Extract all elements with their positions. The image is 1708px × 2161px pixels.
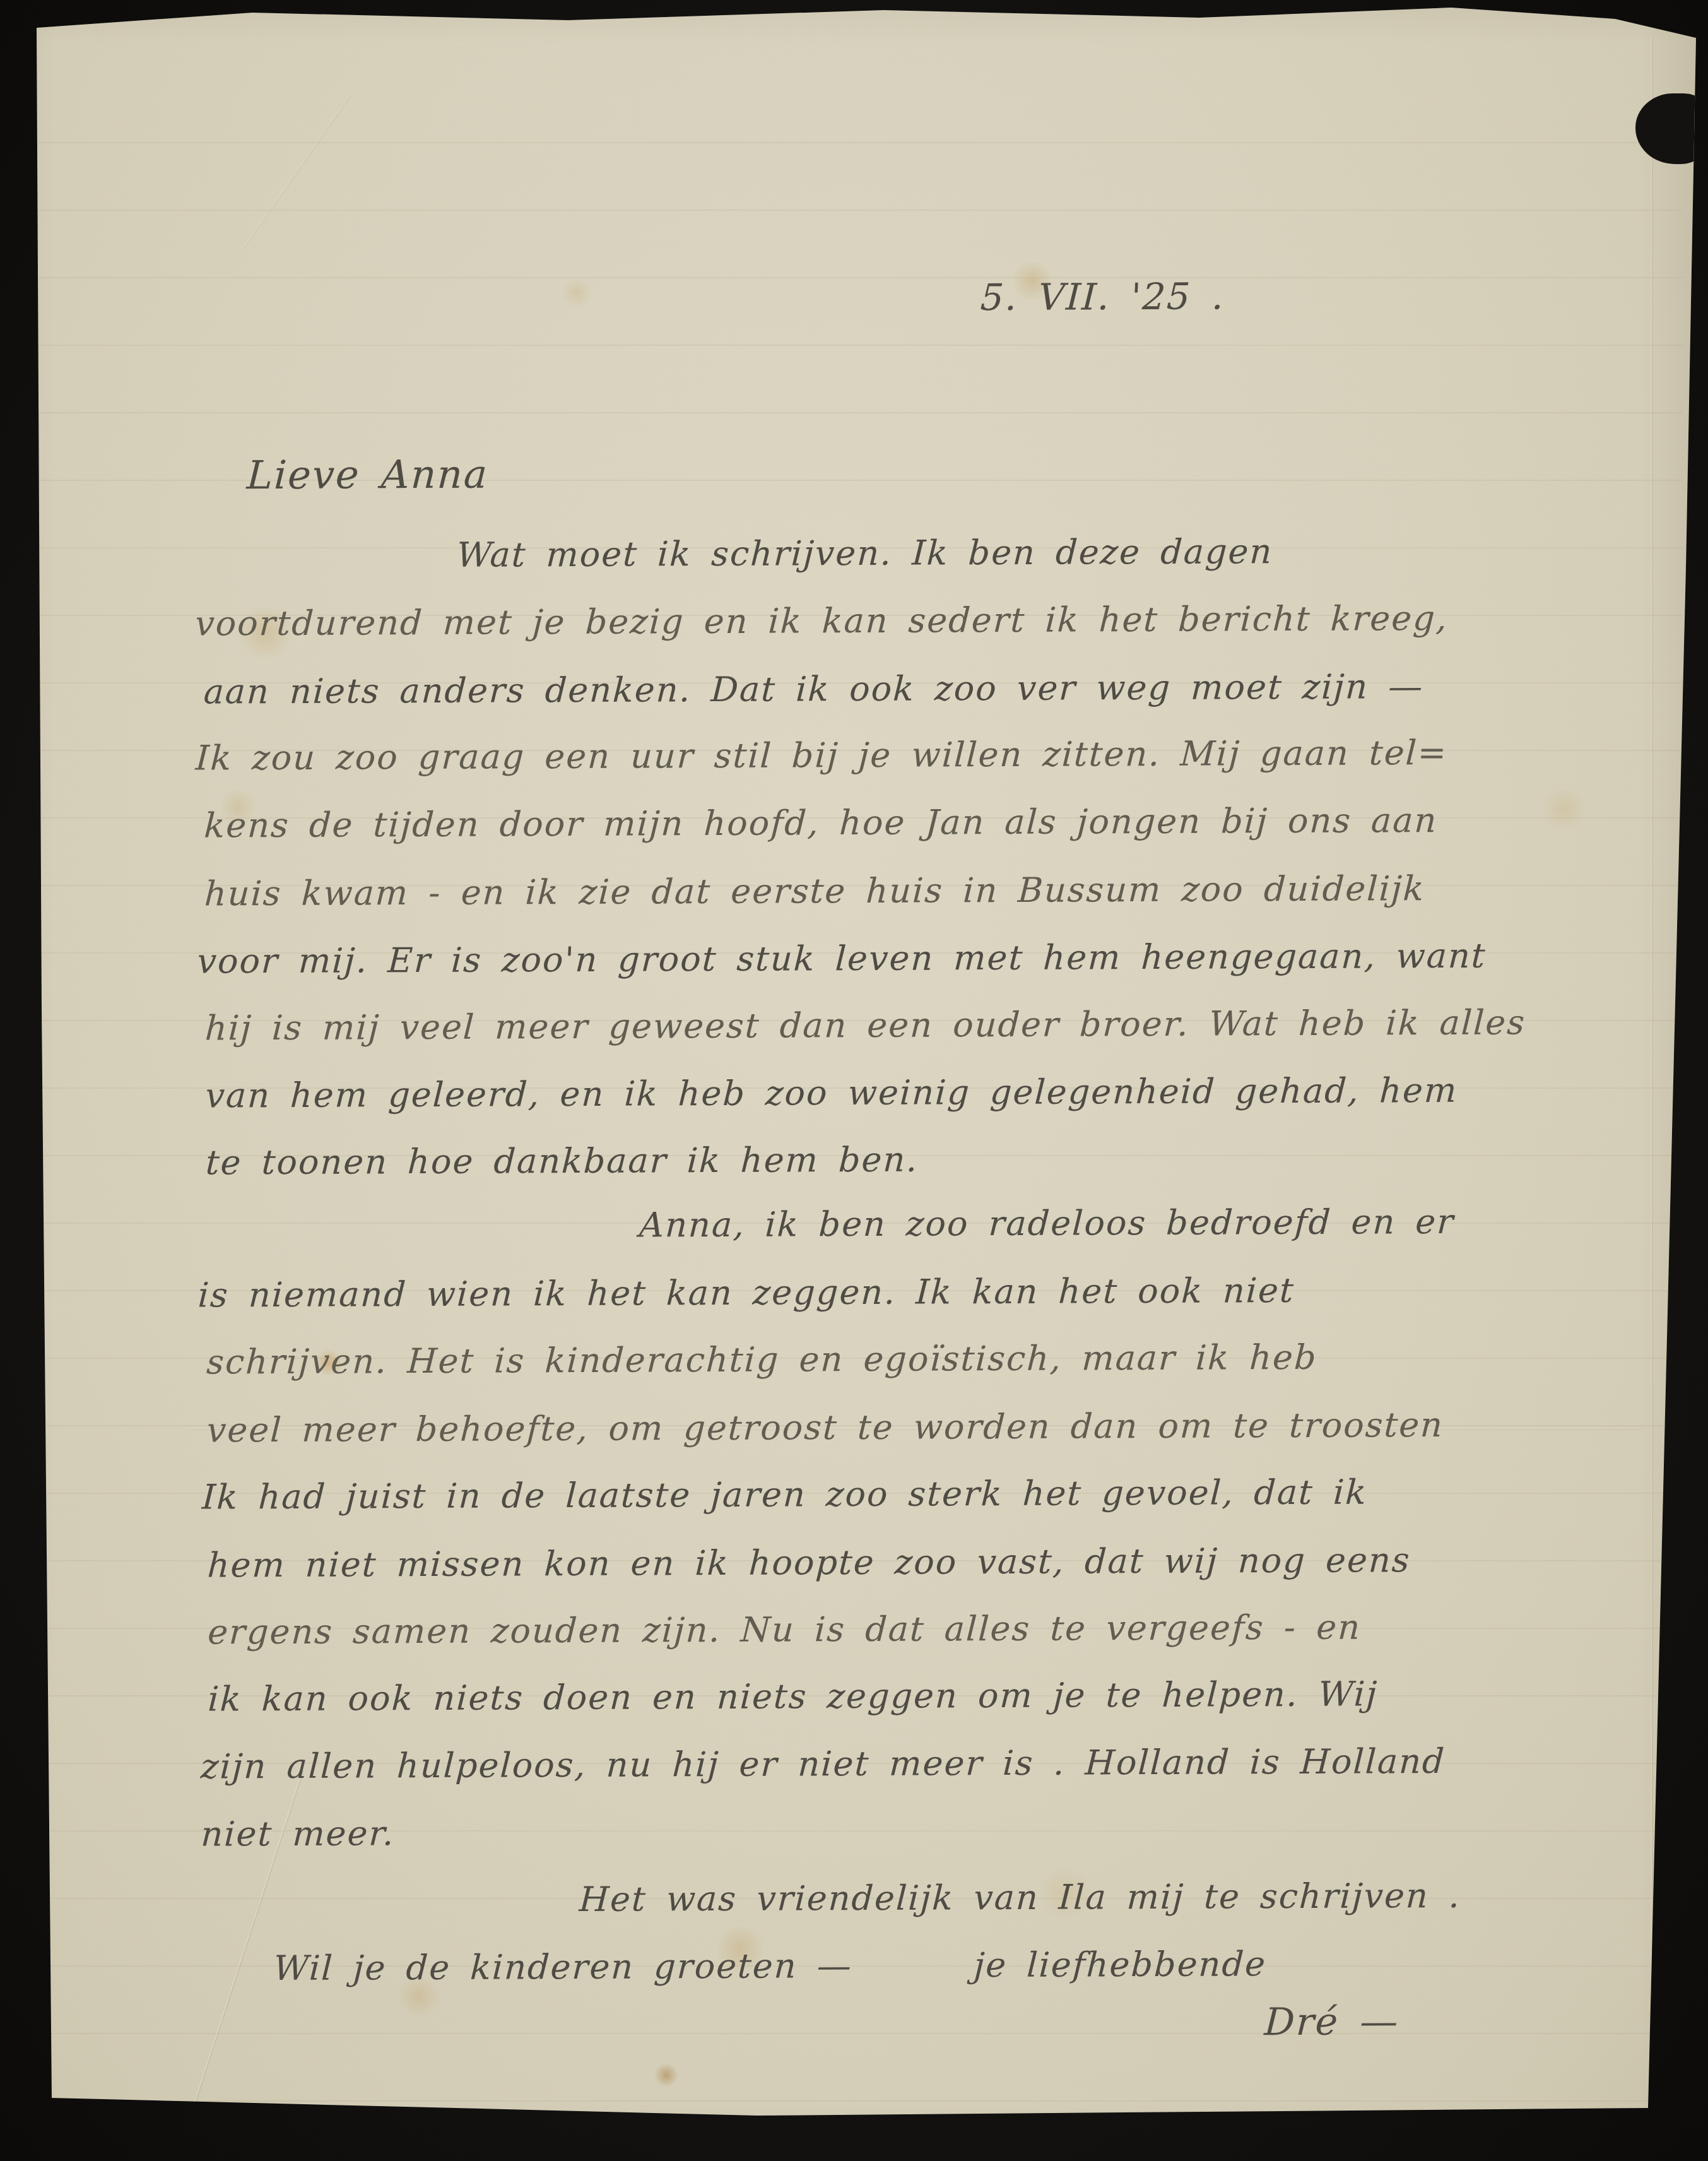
handwritten-line: Wat moet ik schrijven. Ik ben deze dagen bbox=[456, 531, 1274, 575]
handwritten-line: Ik had juist in de laatste jaren zoo ste… bbox=[201, 1472, 1369, 1517]
handwritten-line: huis kwam - en ik zie dat eerste huis in… bbox=[204, 868, 1426, 913]
handwritten-line: ergens samen zouden zijn. Nu is dat alle… bbox=[207, 1607, 1362, 1652]
handwritten-line: hij is mij veel meer geweest dan een oud… bbox=[204, 1002, 1527, 1048]
signature: Dré — bbox=[1263, 1999, 1400, 2044]
closing-line: Het was vriendelijk van Ila mij te schri… bbox=[579, 1876, 1462, 1919]
handwritten-line: voor mij. Er is zoo'n groot stuk leven m… bbox=[196, 936, 1487, 981]
scan-background: 5. VII. '25 . Lieve Anna Wat moet ik sch… bbox=[0, 0, 1708, 2161]
salutation: Lieve Anna bbox=[246, 451, 490, 499]
handwritten-line: Anna, ik ben zoo radeloos bedroefd en er bbox=[639, 1202, 1456, 1245]
handwritten-line: zijn allen hulpeloos, nu hij er niet mee… bbox=[200, 1741, 1446, 1787]
handwritten-line: hem niet missen kon en ik hoopte zoo vas… bbox=[206, 1540, 1411, 1585]
handwritten-line: is niemand wien ik het kan zeggen. Ik ka… bbox=[197, 1270, 1295, 1315]
handwritten-line: kens de tijden door mijn hoofd, hoe Jan … bbox=[203, 800, 1439, 846]
handwritten-line: niet meer. bbox=[200, 1813, 396, 1854]
handwritten-line: van hem geleerd, en ik heb zoo weinig ge… bbox=[204, 1070, 1459, 1116]
date-line: 5. VII. '25 . bbox=[979, 275, 1225, 319]
handwritten-line: schrijven. Het is kinderachtig en egoïst… bbox=[206, 1337, 1318, 1382]
handwritten-line: te toonen hoe dankbaar ik hem ben. bbox=[205, 1140, 920, 1183]
handwritten-line: voortdurend met je bezig en ik kan seder… bbox=[194, 598, 1449, 644]
valediction: je liefhebbende bbox=[973, 1944, 1268, 1985]
handwritten-line: aan niets anders denken. Dat ik ook zoo … bbox=[203, 666, 1425, 711]
handwritten-line: ik kan ook niets doen en niets zeggen om… bbox=[207, 1674, 1379, 1719]
handwritten-line: Ik zou zoo graag een uur stil bij je wil… bbox=[195, 733, 1449, 778]
postscript-line: Wil je de kinderen groeten — bbox=[273, 1946, 853, 1988]
handwritten-line: veel meer behoefte, om getroost te worde… bbox=[206, 1405, 1444, 1450]
letter-text: 5. VII. '25 . Lieve Anna Wat moet ik sch… bbox=[0, 0, 1708, 2161]
